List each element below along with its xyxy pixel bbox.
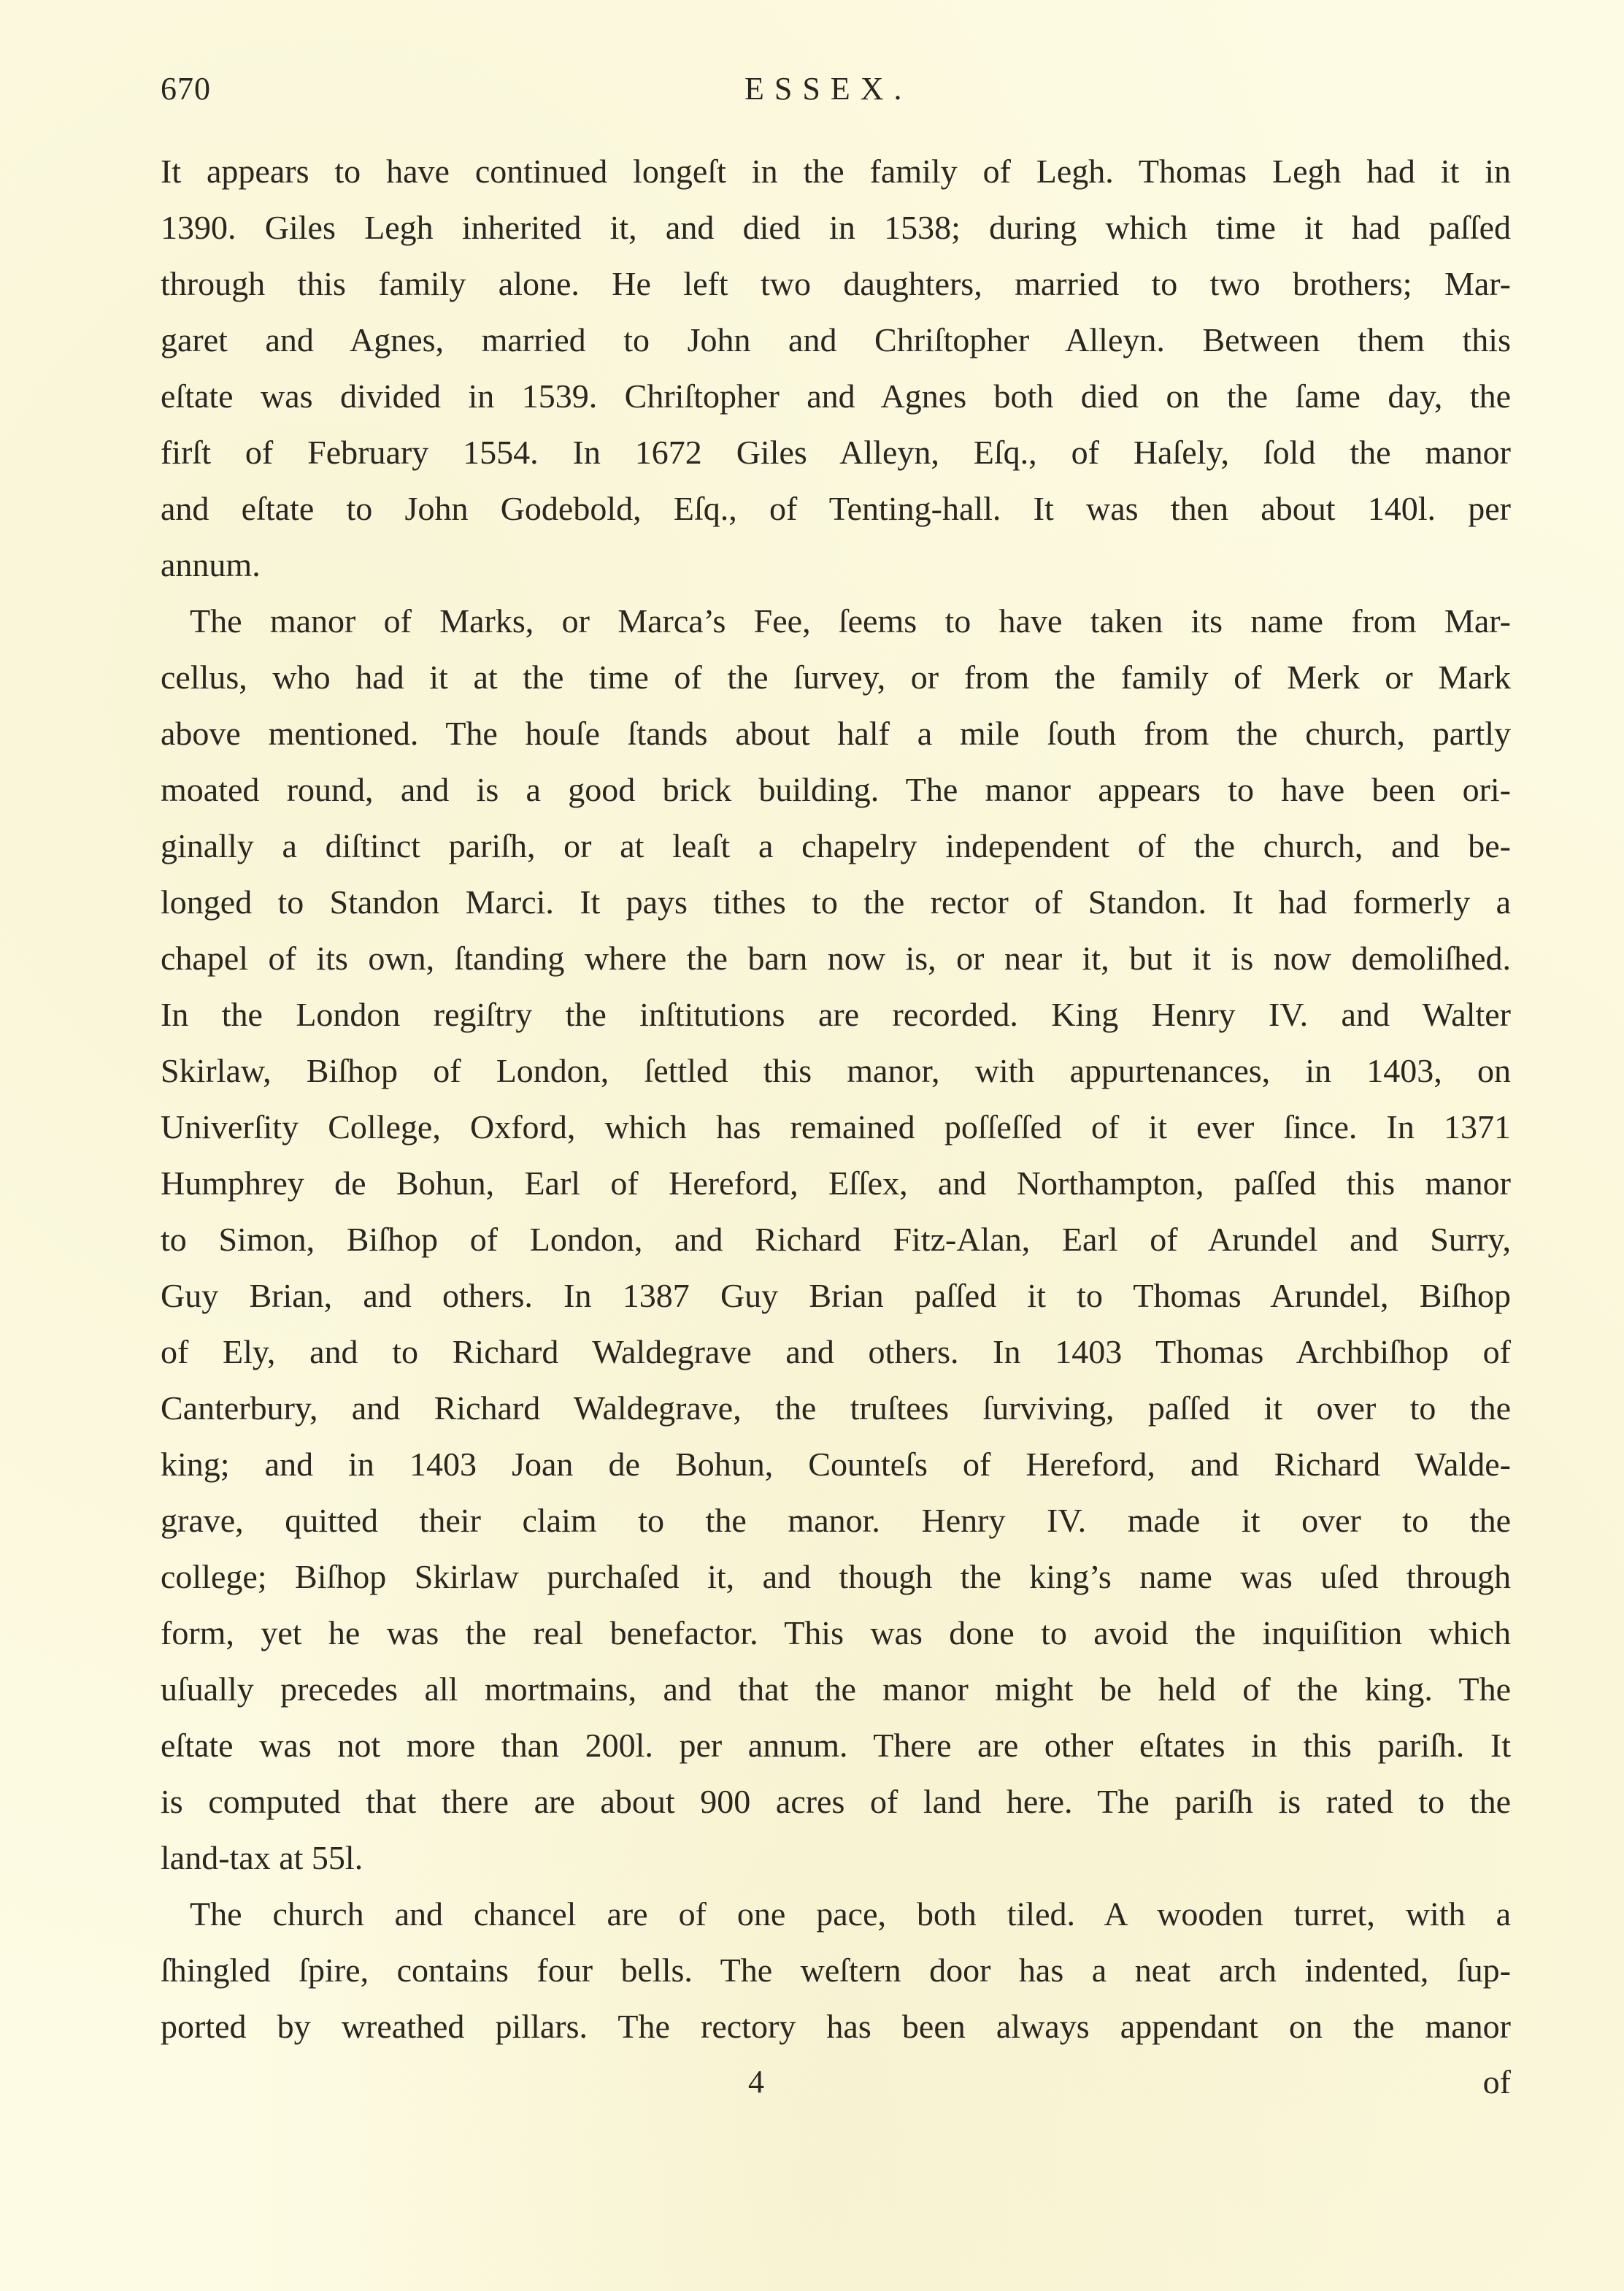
catchword: of bbox=[1483, 2060, 1511, 2104]
paragraph-first-line: The church and chancel are of one pace, … bbox=[161, 1886, 1511, 1942]
text-line: college; Biſhop Skirlaw purchaſed it, an… bbox=[161, 1549, 1511, 1605]
text-line: eſtate was divided in 1539. Chriſtopher … bbox=[161, 368, 1511, 424]
text-line: longed to Standon Marci. It pays tithes … bbox=[161, 874, 1511, 930]
text-line: firſt of February 1554. In 1672 Giles Al… bbox=[161, 424, 1511, 480]
text-line: moated round, and is a good brick buildi… bbox=[161, 761, 1511, 818]
text-line: and eſtate to John Godebold, Eſq., of Te… bbox=[161, 480, 1511, 537]
running-head: 670 ESSEX. bbox=[161, 67, 1511, 118]
text-line: of Ely, and to Richard Waldegrave and ot… bbox=[161, 1324, 1511, 1380]
text-line: Univerſity College, Oxford, which has re… bbox=[161, 1099, 1511, 1155]
paragraph-first-line: The manor of Marks, or Marca’s Fee, ſeem… bbox=[161, 593, 1511, 649]
text-line: above mentioned. The houſe ſtands about … bbox=[161, 705, 1511, 761]
running-title: ESSEX. bbox=[744, 67, 912, 111]
page-footer: 4 of bbox=[161, 2060, 1511, 2111]
text-line: annum. bbox=[161, 537, 1511, 593]
text-line: land-tax at 55l. bbox=[161, 1830, 1511, 1886]
text-line: garet and Agnes, married to John and Chr… bbox=[161, 312, 1511, 368]
text-line: is computed that there are about 900 acr… bbox=[161, 1773, 1511, 1830]
text-line: uſually precedes all mortmains, and that… bbox=[161, 1661, 1511, 1717]
text-line: ginally a diſtinct pariſh, or at leaſt a… bbox=[161, 818, 1511, 874]
text-line: 1390. Giles Legh inherited it, and died … bbox=[161, 199, 1511, 256]
page-number: 670 bbox=[161, 67, 211, 111]
body-text: It appears to have continued longeſt in … bbox=[161, 143, 1511, 2054]
text-line: Humphrey de Bohun, Earl of Hereford, Eſſ… bbox=[161, 1155, 1511, 1211]
text-line: form, yet he was the real benefactor. Th… bbox=[161, 1605, 1511, 1661]
book-page: 670 ESSEX. It appears to have continued … bbox=[0, 0, 1624, 2291]
text-line: to Simon, Biſhop of London, and Richard … bbox=[161, 1211, 1511, 1267]
text-line: Skirlaw, Biſhop of London, ſettled this … bbox=[161, 1043, 1511, 1099]
text-line: Guy Brian, and others. In 1387 Guy Brian… bbox=[161, 1267, 1511, 1324]
text-line: king; and in 1403 Joan de Bohun, Counteſ… bbox=[161, 1436, 1511, 1492]
text-line: In the London regiſtry the inſtitutions … bbox=[161, 986, 1511, 1043]
text-line: grave, quitted their claim to the manor.… bbox=[161, 1492, 1511, 1549]
text-line: Canterbury, and Richard Waldegrave, the … bbox=[161, 1380, 1511, 1436]
text-line: ported by wreathed pillars. The rectory … bbox=[161, 1998, 1511, 2054]
text-line: It appears to have continued longeſt in … bbox=[161, 143, 1511, 199]
signature-mark: 4 bbox=[748, 2060, 764, 2104]
text-line: through this family alone. He left two d… bbox=[161, 256, 1511, 312]
text-line: cellus, who had it at the time of the ſu… bbox=[161, 649, 1511, 705]
text-line: eſtate was not more than 200l. per annum… bbox=[161, 1717, 1511, 1773]
text-line: chapel of its own, ſtanding where the ba… bbox=[161, 930, 1511, 986]
text-line: ſhingled ſpire, contains four bells. The… bbox=[161, 1942, 1511, 1998]
